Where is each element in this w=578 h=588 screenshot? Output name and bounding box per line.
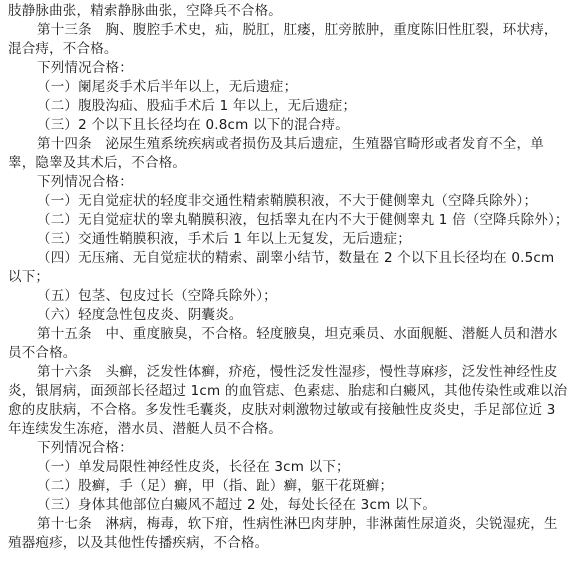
list-item: （三）身体其他部位白癜风不超过 2 处，每处长径在 3cm 以下。: [8, 496, 570, 515]
list-item: （一）无自觉症状的轻度非交通性精索鞘膜积液，不大于健侧睾丸（空降兵除外）；: [8, 192, 570, 211]
list-item: （二）腹股沟疝、股疝手术后 1 年以上，无后遗症；: [8, 97, 570, 116]
qualified-heading: 下列情况合格：: [8, 59, 570, 78]
list-item: （二）股癣，手（足）癣，甲（指、趾）癣，躯干花斑癣；: [8, 477, 570, 496]
list-item: （一）单发局限性神经性皮炎，长径在 3cm 以下；: [8, 458, 570, 477]
article-17: 第十七条 淋病，梅毒，软下疳，性病性淋巴肉芽肿，非淋菌性尿道炎，尖锐湿疣，生殖器…: [8, 515, 570, 553]
article-13: 第十三条 胸、腹腔手术史，疝，脱肛，肛瘘，肛旁脓肿，重度陈旧性肛裂，环状痔，混合…: [8, 21, 570, 59]
qualified-heading: 下列情况合格：: [8, 439, 570, 458]
list-item: （三）交通性鞘膜积液，手术后 1 年以上无复发，无后遗症；: [8, 230, 570, 249]
list-item: （四）无压痛、无自觉症状的精索、副睾小结节，数量在 2 个以下且长径均在 0.5…: [8, 249, 570, 287]
list-item: （一）阑尾炎手术后半年以上，无后遗症；: [8, 78, 570, 97]
list-item: （二）无自觉症状的睾丸鞘膜积液，包括睾丸在内不大于健侧睾丸 1 倍（空降兵除外）…: [8, 211, 570, 230]
document-body: 肢静脉曲张，精索静脉曲张，空降兵不合格。 第十三条 胸、腹腔手术史，疝，脱肛，肛…: [0, 0, 578, 553]
list-item: （六）轻度急性包皮炎、阴囊炎。: [8, 306, 570, 325]
article-15: 第十五条 中、重度腋臭，不合格。轻度腋臭，坦克乘员、水面舰艇、潜艇人员和潜水员不…: [8, 325, 570, 363]
qualified-heading: 下列情况合格：: [8, 173, 570, 192]
article-16: 第十六条 头癣，泛发性体癣，疥疮，慢性泛发性湿疹，慢性荨麻疹，泛发性神经性皮炎，…: [8, 363, 570, 439]
list-item: （三）2 个以下且长径均在 0.8cm 以下的混合痔。: [8, 116, 570, 135]
article-14: 第十四条 泌尿生殖系统疾病或者损伤及其后遗症，生殖器官畸形或者发育不全，单睾，隐…: [8, 135, 570, 173]
list-item: （五）包茎、包皮过长（空降兵除外）；: [8, 287, 570, 306]
paragraph-continuation: 肢静脉曲张，精索静脉曲张，空降兵不合格。: [8, 2, 570, 21]
